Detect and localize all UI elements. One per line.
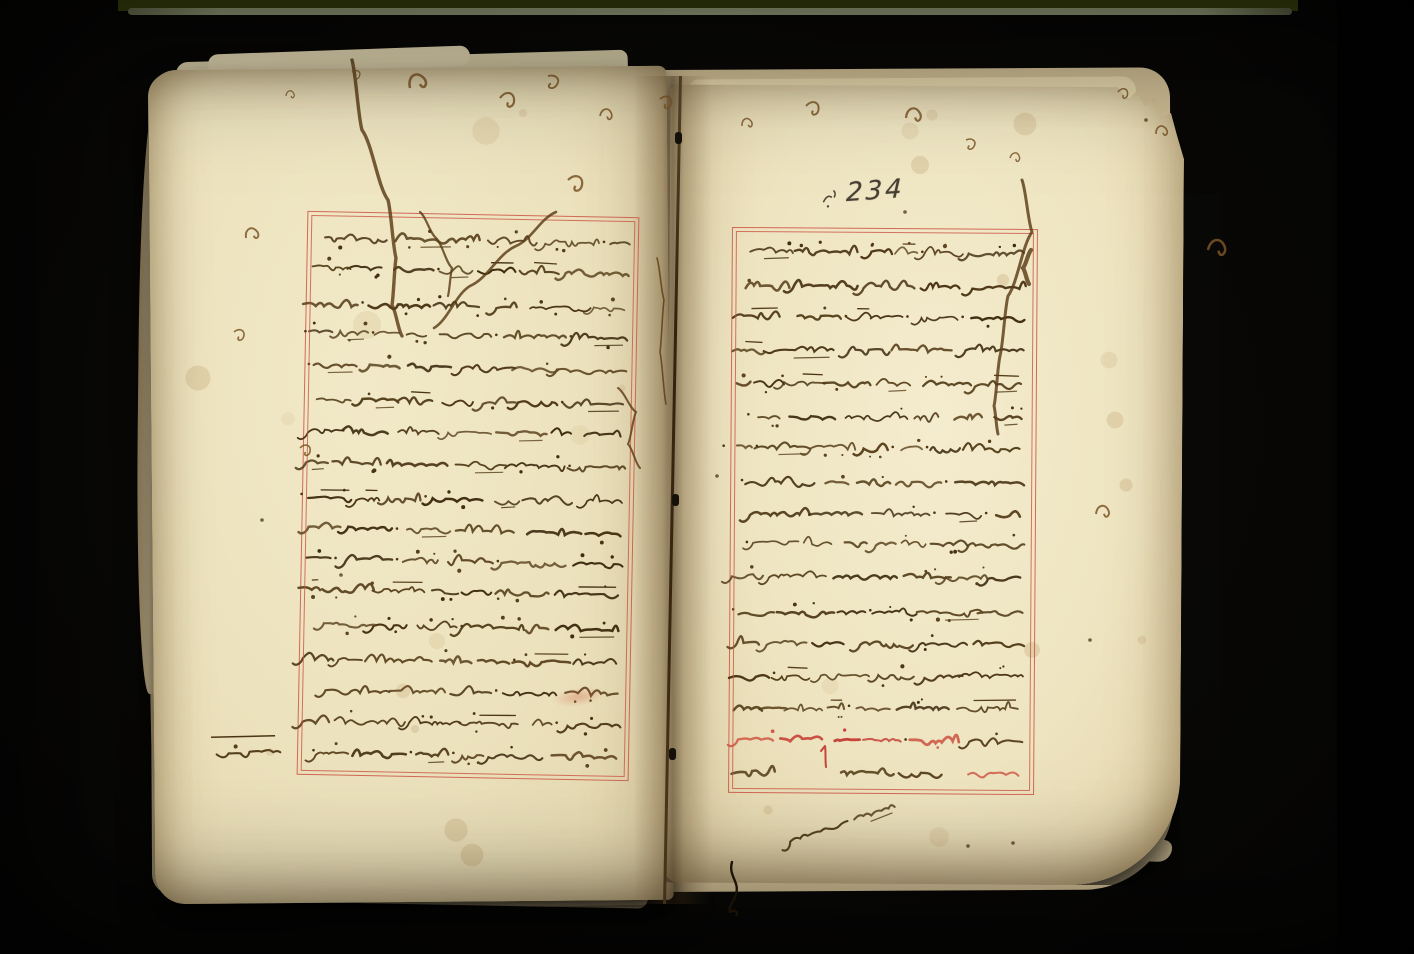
right-text-frame <box>728 227 1038 795</box>
right-handwritten-text <box>729 228 1037 794</box>
folio-flourish <box>819 178 847 210</box>
copy-stand-strip <box>128 8 1292 15</box>
red-insertion-mark <box>814 742 838 770</box>
folio-number-text: 234 <box>846 174 906 208</box>
manuscript-photograph: 234 <box>0 0 1414 954</box>
backdrop-edge <box>1337 0 1414 954</box>
